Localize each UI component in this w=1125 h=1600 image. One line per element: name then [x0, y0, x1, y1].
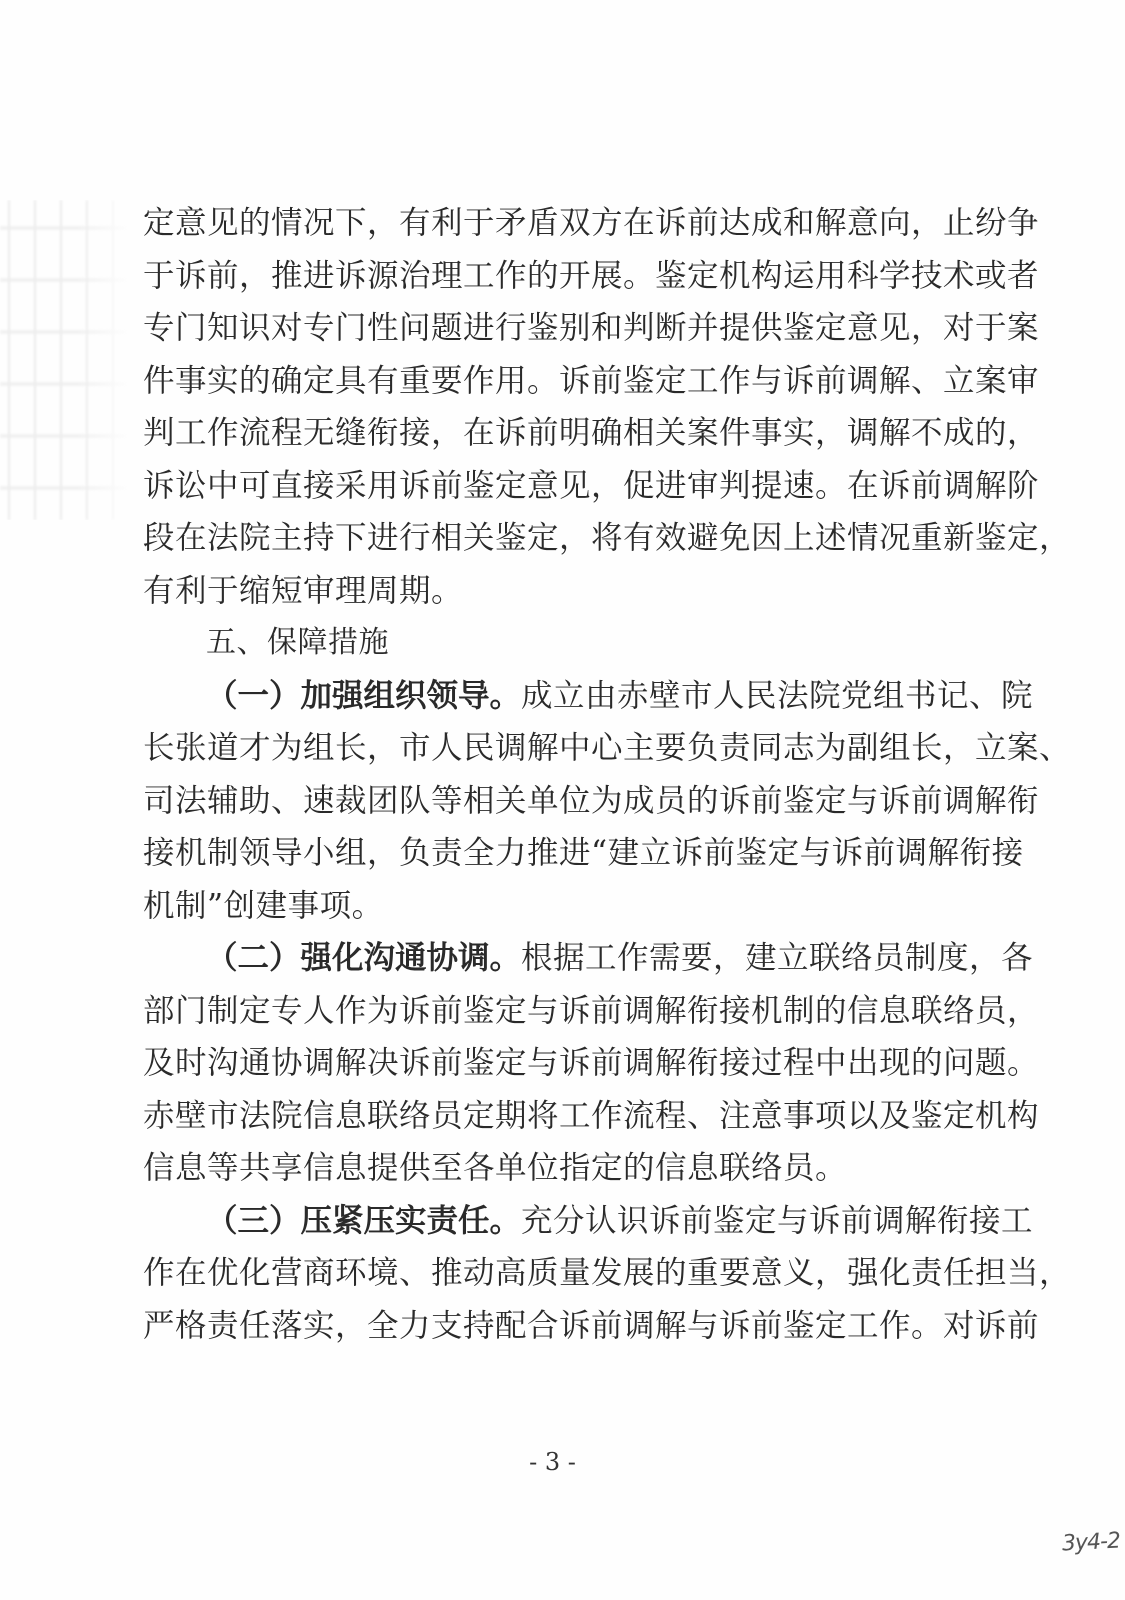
text-line: 接机制领导小组，负责全力推进“建立诉前鉴定与诉前调解衔接 [143, 827, 965, 880]
document-body: 定意见的情况下，有利于矛盾双方在诉前达成和解意向，止纷争 于诉前，推进诉源治理工… [143, 197, 965, 1352]
text-line: 机制”创建事项。 [143, 880, 965, 933]
text-line: 严格责任落实，全力支持配合诉前调解与诉前鉴定工作。对诉前 [143, 1300, 965, 1353]
subsection-first-line: （二）强化沟通协调。根据工作需要，建立联络员制度，各 [143, 932, 965, 985]
text-line: 件事实的确定具有重要作用。诉前鉴定工作与诉前调解、立案审 [143, 355, 965, 408]
text-line: 部门制定专人作为诉前鉴定与诉前调解衔接机制的信息联络员， [143, 985, 965, 1038]
subsection-title: （三）压紧压实责任。 [206, 1203, 521, 1239]
text-line: 专门知识对专门性问题进行鉴别和判断并提供鉴定意见，对于案 [143, 302, 965, 355]
subsection-title: （一）加强组织领导。 [206, 678, 521, 714]
subsection-title: （二）强化沟通协调。 [206, 940, 521, 976]
text-line: 有利于缩短审理周期。 [143, 565, 965, 618]
text-line: 信息等共享信息提供至各单位指定的信息联络员。 [143, 1142, 965, 1195]
text-line: 定意见的情况下，有利于矛盾双方在诉前达成和解意向，止纷争 [143, 197, 965, 250]
subsection-text: 成立由赤壁市人民法院党组书记、院 [521, 678, 1033, 714]
document-page: 定意见的情况下，有利于矛盾双方在诉前达成和解意向，止纷争 于诉前，推进诉源治理工… [0, 0, 1125, 1600]
subsection-text: 根据工作需要，建立联络员制度，各 [521, 940, 1033, 976]
text-line: 长张道才为组长，市人民调解中心主要负责同志为副组长，立案、 [143, 722, 965, 775]
text-line: 司法辅助、速裁团队等相关单位为成员的诉前鉴定与诉前调解衔 [143, 775, 965, 828]
subsection-first-line: （三）压紧压实责任。充分认识诉前鉴定与诉前调解衔接工 [143, 1195, 965, 1248]
subsection-text: 充分认识诉前鉴定与诉前调解衔接工 [521, 1203, 1033, 1239]
text-line: 段在法院主持下进行相关鉴定，将有效避免因上述情况重新鉴定， [143, 512, 965, 565]
show-through-artifact [0, 200, 130, 520]
text-line: 于诉前，推进诉源治理工作的开展。鉴定机构运用科学技术或者 [143, 250, 965, 303]
page-number: - 3 - [0, 1448, 1115, 1476]
text-line: 诉讼中可直接采用诉前鉴定意见，促进审判提速。在诉前调解阶 [143, 460, 965, 513]
text-line: 及时沟通协调解决诉前鉴定与诉前调解衔接过程中出现的问题。 [143, 1037, 965, 1090]
text-line: 判工作流程无缝衔接，在诉前明确相关案件事实，调解不成的， [143, 407, 965, 460]
text-line: 作在优化营商环境、推动高质量发展的重要意义，强化责任担当， [143, 1247, 965, 1300]
handwritten-annotation: 3у4-2 [1061, 1529, 1120, 1557]
text-line: 赤壁市法院信息联络员定期将工作流程、注意事项以及鉴定机构 [143, 1090, 965, 1143]
subsection-first-line: （一）加强组织领导。成立由赤壁市人民法院党组书记、院 [143, 670, 965, 723]
section-heading: 五、保障措施 [143, 617, 965, 670]
